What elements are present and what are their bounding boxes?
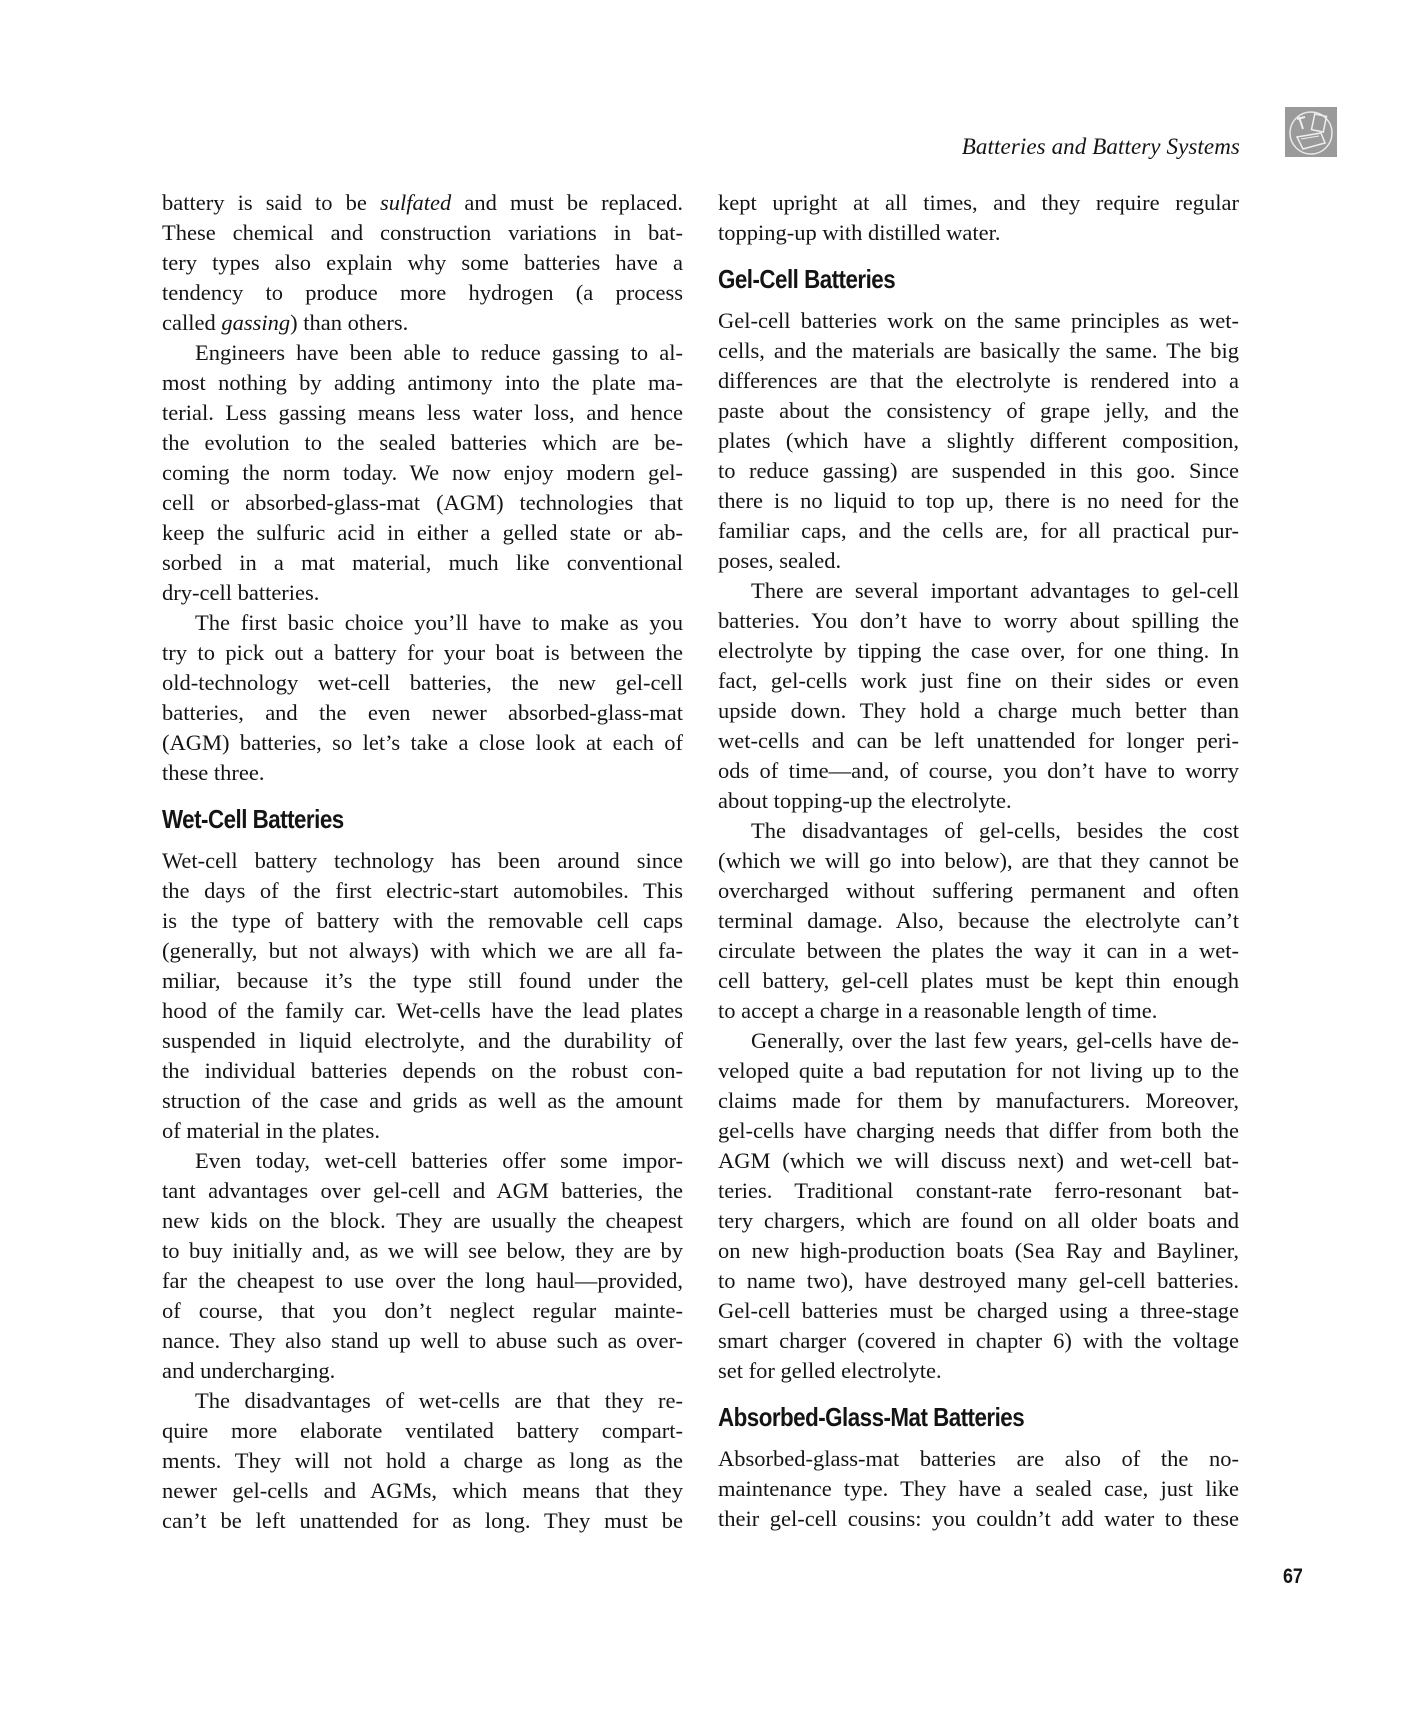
text-line: the individual batteries depends on the …	[162, 1056, 683, 1086]
text-line: old-technology wet-cell batteries, the n…	[162, 668, 683, 698]
text-line: veloped quite a bad reputation for not l…	[718, 1056, 1239, 1086]
text-line: paste about the consistency of grape jel…	[718, 396, 1239, 426]
text-line: set for gelled electrolyte.	[718, 1356, 1239, 1386]
text-line: Engineers have been able to reduce gassi…	[162, 338, 683, 368]
text-line: Even today, wet-cell batteries offer som…	[162, 1146, 683, 1176]
text-line: maintenance type. They have a sealed cas…	[718, 1474, 1239, 1504]
text-line: Gel-cell batteries must be charged using…	[718, 1296, 1239, 1326]
text-line: try to pick out a battery for your boat …	[162, 638, 683, 668]
text-line: there is no liquid to top up, there is n…	[718, 486, 1239, 516]
text-line: Generally, over the last few years, gel-…	[718, 1026, 1239, 1056]
text-line: batteries. You don’t have to worry about…	[718, 606, 1239, 636]
text-line: their gel-cell cousins: you couldn’t add…	[718, 1504, 1239, 1534]
text-line: dry-cell batteries.	[162, 578, 683, 608]
battery-tools-emblem-icon	[1285, 107, 1337, 157]
right-column: kept upright at all times, and they requ…	[718, 188, 1239, 1534]
text-line: called gassing) than others.	[162, 308, 683, 338]
text-line: of material in the plates.	[162, 1116, 683, 1146]
text-line: coming the norm today. We now enjoy mode…	[162, 458, 683, 488]
text-line: miliar, because it’s the type still foun…	[162, 966, 683, 996]
text-line: and undercharging.	[162, 1356, 683, 1386]
text-line: cell or absorbed-glass-mat (AGM) technol…	[162, 488, 683, 518]
text-line: is the type of battery with the removabl…	[162, 906, 683, 936]
text-line: to buy initially and, as we will see bel…	[162, 1236, 683, 1266]
text-line: new kids on the block. They are usually …	[162, 1206, 683, 1236]
paragraph: battery is said to be sulfated and must …	[162, 188, 683, 338]
text-line: nance. They also stand up well to abuse …	[162, 1326, 683, 1356]
text-line: tant advantages over gel-cell and AGM ba…	[162, 1176, 683, 1206]
text-line: suspended in liquid electrolyte, and the…	[162, 1026, 683, 1056]
text-run: called	[162, 310, 221, 335]
section-heading-agm: Absorbed-Glass-Mat Batteries	[718, 1402, 1166, 1432]
text-line: quire more elaborate ventilated battery …	[162, 1416, 683, 1446]
paragraph: Even today, wet-cell batteries offer som…	[162, 1146, 683, 1386]
section-heading-wet-cell: Wet-Cell Batteries	[162, 804, 610, 834]
text-line: struction of the case and grids as well …	[162, 1086, 683, 1116]
text-line: familiar caps, and the cells are, for al…	[718, 516, 1239, 546]
text-line: plates (which have a slightly different …	[718, 426, 1239, 456]
text-line: terminal damage. Also, because the elect…	[718, 906, 1239, 936]
text-line: Gel-cell batteries work on the same prin…	[718, 306, 1239, 336]
text-line: ods of time—and, of course, you don’t ha…	[718, 756, 1239, 786]
text-line: to name two), have destroyed many gel-ce…	[718, 1266, 1239, 1296]
text-line: There are several important advantages t…	[718, 576, 1239, 606]
paragraph: The disadvantages of wet-cells are that …	[162, 1386, 683, 1536]
text-run: battery is said to be	[162, 190, 380, 215]
text-line: ments. They will not hold a charge as lo…	[162, 1446, 683, 1476]
text-line: tery chargers, which are found on all ol…	[718, 1206, 1239, 1236]
text-line: teries. Traditional constant-rate ferro-…	[718, 1176, 1239, 1206]
text-line: wet-cells and can be left unattended for…	[718, 726, 1239, 756]
text-line: the days of the first electric-start aut…	[162, 876, 683, 906]
paragraph: Generally, over the last few years, gel-…	[718, 1026, 1239, 1386]
text-line: tery types also explain why some batteri…	[162, 248, 683, 278]
text-line: the evolution to the sealed batteries wh…	[162, 428, 683, 458]
text-line: battery is said to be sulfated and must …	[162, 188, 683, 218]
italic-term: gassing	[221, 310, 290, 335]
text-run: ) than others.	[290, 310, 408, 335]
text-line: gel-cells have charging needs that diffe…	[718, 1116, 1239, 1146]
text-line: (AGM) batteries, so let’s take a close l…	[162, 728, 683, 758]
paragraph: The first basic choice you’ll have to ma…	[162, 608, 683, 788]
text-run: and must be replaced.	[451, 190, 683, 215]
text-line: these three.	[162, 758, 683, 788]
text-line: These chemical and construction variatio…	[162, 218, 683, 248]
text-line: Absorbed-glass-mat batteries are also of…	[718, 1444, 1239, 1474]
text-line: differences are that the electrolyte is …	[718, 366, 1239, 396]
text-line: sorbed in a mat material, much like conv…	[162, 548, 683, 578]
text-line: overcharged without suffering permanent …	[718, 876, 1239, 906]
left-column: battery is said to be sulfated and must …	[162, 188, 683, 1536]
italic-term: sulfated	[380, 190, 451, 215]
paragraph: Absorbed-glass-mat batteries are also of…	[718, 1444, 1239, 1534]
text-line: to accept a charge in a reasonable lengt…	[718, 996, 1239, 1026]
text-line: most nothing by adding antimony into the…	[162, 368, 683, 398]
text-line: AGM (which we will discuss next) and wet…	[718, 1146, 1239, 1176]
text-line: tendency to produce more hydrogen (a pro…	[162, 278, 683, 308]
text-line: kept upright at all times, and they requ…	[718, 188, 1239, 218]
text-line: topping-up with distilled water.	[718, 218, 1239, 248]
text-line: cells, and the materials are basically t…	[718, 336, 1239, 366]
text-line: (which we will go into below), are that …	[718, 846, 1239, 876]
text-line: keep the sulfuric acid in either a gelle…	[162, 518, 683, 548]
text-line: to reduce gassing) are suspended in this…	[718, 456, 1239, 486]
paragraph: kept upright at all times, and they requ…	[718, 188, 1239, 248]
paragraph: There are several important advantages t…	[718, 576, 1239, 816]
text-line: The disadvantages of wet-cells are that …	[162, 1386, 683, 1416]
text-line: The first basic choice you’ll have to ma…	[162, 608, 683, 638]
text-line: (generally, but not always) with which w…	[162, 936, 683, 966]
text-line: terial. Less gassing means less water lo…	[162, 398, 683, 428]
text-line: circulate between the plates the way it …	[718, 936, 1239, 966]
page-number: 67	[1283, 1565, 1303, 1589]
text-line: of course, that you don’t neglect regula…	[162, 1296, 683, 1326]
text-line: hood of the family car. Wet-cells have t…	[162, 996, 683, 1026]
text-line: claims made for them by manufacturers. M…	[718, 1086, 1239, 1116]
text-line: electrolyte by tipping the case over, fo…	[718, 636, 1239, 666]
paragraph: Gel-cell batteries work on the same prin…	[718, 306, 1239, 576]
text-line: batteries, and the even newer absorbed-g…	[162, 698, 683, 728]
paragraph: The disadvantages of gel-cells, besides …	[718, 816, 1239, 1026]
text-line: can’t be left unattended for as long. Th…	[162, 1506, 683, 1536]
text-line: poses, sealed.	[718, 546, 1239, 576]
text-line: newer gel-cells and AGMs, which means th…	[162, 1476, 683, 1506]
paragraph: Engineers have been able to reduce gassi…	[162, 338, 683, 608]
text-line: upside down. They hold a charge much bet…	[718, 696, 1239, 726]
text-line: The disadvantages of gel-cells, besides …	[718, 816, 1239, 846]
text-line: cell battery, gel-cell plates must be ke…	[718, 966, 1239, 996]
section-heading-gel-cell: Gel-Cell Batteries	[718, 264, 1166, 294]
paragraph: Wet-cell battery technology has been aro…	[162, 846, 683, 1146]
text-line: smart charger (covered in chapter 6) wit…	[718, 1326, 1239, 1356]
text-line: Wet-cell battery technology has been aro…	[162, 846, 683, 876]
text-line: about topping-up the electrolyte.	[718, 786, 1239, 816]
text-line: on new high-production boats (Sea Ray an…	[718, 1236, 1239, 1266]
running-head: Batteries and Battery Systems	[962, 134, 1240, 160]
text-line: far the cheapest to use over the long ha…	[162, 1266, 683, 1296]
text-line: fact, gel-cells work just fine on their …	[718, 666, 1239, 696]
